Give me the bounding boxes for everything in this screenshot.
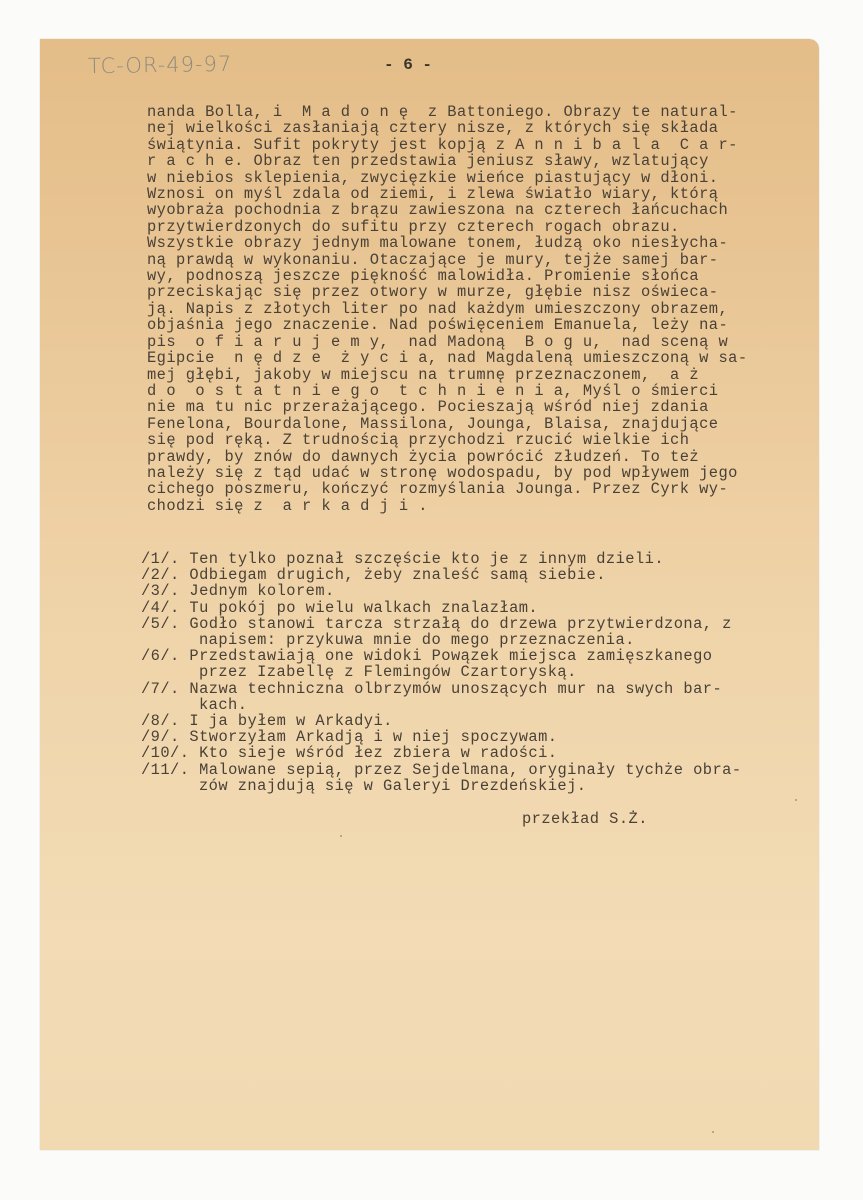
body-text: nanda Bolla, i M a d o n ę z Battoniego.… <box>147 104 748 514</box>
footnote-continuation: przez Izabellę z Flemingów Czartoryską. <box>141 664 742 680</box>
footnote-first-line: /4/. Tu pokój po wielu walkach znalazłam… <box>141 600 742 616</box>
footnote-first-line: /1/. Ten tylko poznał szczęście kto je z… <box>141 551 742 567</box>
body-line: Egipcie n ę d z e ż y c i a, nad Magdale… <box>147 350 748 366</box>
footnote-item: /4/. Tu pokój po wielu walkach znalazłam… <box>141 600 742 616</box>
body-line: należy się z tąd udać w stronę wodospadu… <box>147 465 748 481</box>
body-line: wy, podnoszą jeszcze piękność malowidła.… <box>147 268 748 284</box>
body-line: nej wielkości zasłaniają cztery nisze, z… <box>147 120 748 136</box>
body-line: nanda Bolla, i M a d o n ę z Battoniego.… <box>147 104 748 120</box>
footnote-first-line: /6/. Przedstawiają one widoki Powązek mi… <box>141 648 742 664</box>
footnote-first-line: /9/. Stworzyłam Arkadją i w niej spoczyw… <box>141 729 742 745</box>
body-line: wyobraża pochodnia z brązu zawieszona na… <box>147 202 748 218</box>
footnote-first-line: /5/. Godło stanowi tarcza strzałą do drz… <box>141 616 742 632</box>
footnote-item: /3/. Jednym kolorem. <box>141 583 742 599</box>
footnotes-list: /1/. Ten tylko poznał szczęście kto je z… <box>141 551 742 794</box>
body-line: się pod ręką. Z trudnością przychodzi rz… <box>147 432 748 448</box>
body-line: w niebios sklepienia, zwycięzkie wieńce … <box>147 170 748 186</box>
footnote-item: /1/. Ten tylko poznał szczęście kto je z… <box>141 551 742 567</box>
footnote-item: /6/. Przedstawiają one widoki Powązek mi… <box>141 648 742 680</box>
body-line: pis o f i a r u j e m y, nad Madoną B o … <box>147 334 748 350</box>
footnote-item: /10/. Kto sieje wśród łez zbiera w radoś… <box>141 745 742 761</box>
paper-speck <box>340 835 342 837</box>
footnote-item: /7/. Nazwa techniczna olbrzymów unoszący… <box>141 681 742 713</box>
footnote-first-line: /3/. Jednym kolorem. <box>141 583 742 599</box>
body-line: cichego poszmeru, kończyć rozmyślania Jo… <box>147 481 748 497</box>
body-line: prawdy, by znów do dawnych życia powróci… <box>147 449 748 465</box>
footnote-first-line: /11/. Malowane sepią, przez Sejdelmana, … <box>141 762 742 778</box>
footnote-item: /8/. I ja byłem w Arkadyi. <box>141 713 742 729</box>
translator-signature: przekład S.Ż. <box>522 811 648 827</box>
footnote-continuation: kach. <box>141 697 742 713</box>
body-line: ną prawdą w wykonaniu. Otaczające je mur… <box>147 252 748 268</box>
body-line: przytwierdzonych do sufitu przy czterech… <box>147 219 748 235</box>
body-line: Wznosi on myśl zdala od ziemi, i zlewa ś… <box>147 186 748 202</box>
footnote-item: /9/. Stworzyłam Arkadją i w niej spoczyw… <box>141 729 742 745</box>
paper-speck <box>795 799 797 801</box>
body-line: nie ma tu nic przerażającego. Pocieszają… <box>147 399 748 415</box>
body-line: świątynia. Sufit pokryty jest kopją z A … <box>147 137 748 153</box>
body-line: d o o s t a t n i e g o t c h n i e n i … <box>147 383 748 399</box>
footnote-continuation: napisem: przykuwa mnie do mego przeznacz… <box>141 632 742 648</box>
body-line: przeciskając się przez otwory w murze, g… <box>147 284 748 300</box>
footnote-item: /11/. Malowane sepią, przez Sejdelmana, … <box>141 762 742 794</box>
footnote-item: /2/. Odbiegam drugich, żeby znaleść samą… <box>141 567 742 583</box>
footnote-item: /5/. Godło stanowi tarcza strzałą do drz… <box>141 616 742 648</box>
body-line: chodzi się z a r k a d j i . <box>147 498 748 514</box>
body-line: r a c h e. Obraz ten przedstawia jeniusz… <box>147 153 748 169</box>
body-line: objaśnia jego znaczenie. Nad poświęcenie… <box>147 317 748 333</box>
page-number: - 6 - <box>384 56 432 74</box>
paper-speck <box>712 1131 714 1133</box>
footnote-first-line: /10/. Kto sieje wśród łez zbiera w radoś… <box>141 745 742 761</box>
footnote-continuation: zów znajdują się w Galeryi Drezdeńskiej. <box>141 778 742 794</box>
footnote-first-line: /7/. Nazwa techniczna olbrzymów unoszący… <box>141 681 742 697</box>
body-line: mej głębi, jakoby w miejscu na trumnę pr… <box>147 367 748 383</box>
body-line: Fenelona, Bourdalone, Massilona, Jounga,… <box>147 416 748 432</box>
archive-reference-handwritten: TC-OR-49-97 <box>88 52 233 79</box>
body-line: ją. Napis z złotych liter po nad każdym … <box>147 301 748 317</box>
body-line: Wszystkie obrazy jednym malowane tonem, … <box>147 235 748 251</box>
footnote-first-line: /8/. I ja byłem w Arkadyi. <box>141 713 742 729</box>
footnote-first-line: /2/. Odbiegam drugich, żeby znaleść samą… <box>141 567 742 583</box>
